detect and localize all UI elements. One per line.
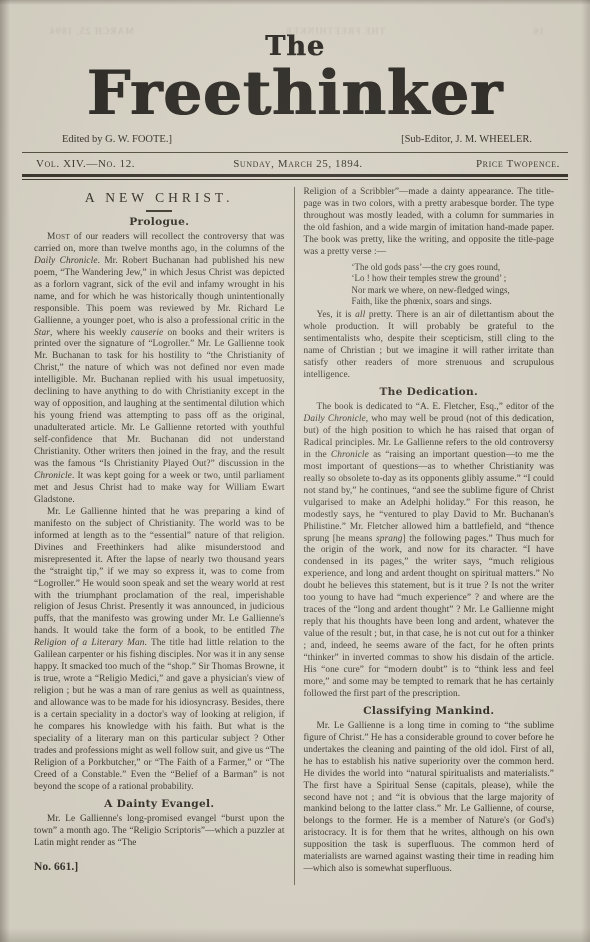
section-heading-dainty-evangel: A Dainty Evangel. bbox=[34, 799, 285, 811]
editor-left: Edited by G. W. FOOTE.] bbox=[62, 134, 172, 145]
newspaper-page: 16 THE FREETHINKER. MARCH 25, 1894. The … bbox=[0, 0, 590, 942]
paragraph: Religion of a Scribbler”—made a dainty a… bbox=[304, 187, 555, 259]
bleedthrough-page-number: 16 bbox=[533, 27, 545, 37]
issue-date: Sunday, March 25, 1894. bbox=[36, 158, 560, 170]
issue-number: No. 661.] bbox=[34, 862, 285, 874]
article-body: A NEW CHRIST.Prologue.Most of our reader… bbox=[34, 187, 554, 885]
paragraph: Mr. Le Gallienne is a long time in comin… bbox=[304, 721, 555, 876]
paragraph: Yes, it is all pretty. There is an air o… bbox=[304, 310, 555, 382]
dateline: Vol. XIV.—No. 12. Sunday, March 25, 1894… bbox=[36, 158, 560, 170]
headline-rule bbox=[146, 210, 172, 212]
paragraph: Mr. Le Gallienne hinted that he was prep… bbox=[34, 507, 285, 794]
masthead-title-freethinker: Freethinker bbox=[0, 63, 590, 124]
article-headline: A NEW CHRIST. bbox=[34, 192, 285, 204]
bleedthrough-date: MARCH 25, 1894. bbox=[46, 27, 134, 37]
editor-line: Edited by G. W. FOOTE.] [Sub-Editor, J. … bbox=[62, 134, 532, 145]
masthead-title-the: The bbox=[0, 33, 590, 60]
masthead: The Freethinker bbox=[0, 0, 590, 124]
paragraph: Mr. Le Gallienne's long-promised evangel… bbox=[34, 814, 285, 850]
paragraph: Most of our readers will recollect the c… bbox=[34, 232, 285, 507]
section-heading-dedication: The Dedication. bbox=[304, 387, 555, 399]
column-left: A NEW CHRIST.Prologue.Most of our reader… bbox=[34, 187, 294, 885]
sub-editor-right: [Sub-Editor, J. M. WHEELER. bbox=[401, 134, 532, 145]
section-heading-prologue: Prologue. bbox=[34, 217, 285, 229]
reverse-page-bleedthrough: 16 THE FREETHINKER. MARCH 25, 1894. bbox=[46, 27, 544, 37]
paragraph: The book is dedicated to “A. E. Fletcher… bbox=[304, 402, 555, 701]
verse-quotation: ‘The old gods pass’—the cry goes round,‘… bbox=[352, 262, 555, 308]
rule-below-dateline bbox=[22, 174, 568, 180]
column-right: Religion of a Scribbler”—made a dainty a… bbox=[295, 187, 555, 885]
bleedthrough-title: THE FREETHINKER. bbox=[281, 27, 385, 37]
section-heading-classifying-mankind: Classifying Mankind. bbox=[304, 706, 555, 718]
rule-above-dateline bbox=[22, 152, 568, 153]
